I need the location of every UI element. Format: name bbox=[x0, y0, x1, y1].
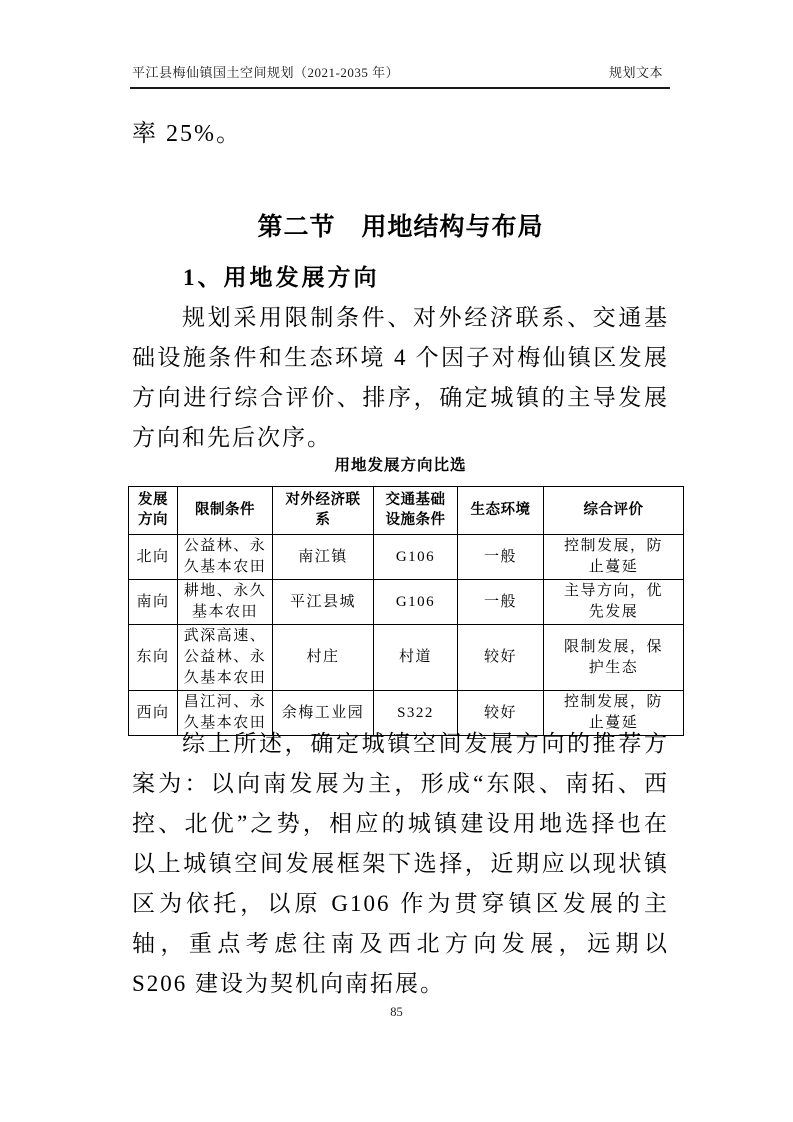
table-cell: G106 bbox=[374, 535, 458, 580]
header-right-label: 规划文本 bbox=[609, 62, 663, 81]
table-cell: 主导方向，优 先发展 bbox=[544, 580, 684, 625]
table-cell: 一般 bbox=[458, 535, 544, 580]
subsection-title: 1、用地发展方向 bbox=[183, 259, 380, 292]
column-header-direction: 发展 方向 bbox=[129, 487, 178, 535]
table-cell: 北向 bbox=[129, 535, 178, 580]
table-cell: 村道 bbox=[374, 625, 458, 691]
direction-comparison-table: 发展 方向 限制条件 对外经济联 系 交通基础 设施条件 生态环境 综合评价 北… bbox=[128, 486, 684, 736]
column-header-transport: 交通基础 设施条件 bbox=[374, 487, 458, 535]
table-cell: 耕地、永久 基本农田 bbox=[178, 580, 273, 625]
table-row-north: 北向 公益林、永 久基本农田 南江镇 G106 一般 控制发展，防 止蔓延 bbox=[129, 535, 684, 580]
column-header-economic-links: 对外经济联 系 bbox=[273, 487, 374, 535]
column-header-ecology: 生态环境 bbox=[458, 487, 544, 535]
table-header-row: 发展 方向 限制条件 对外经济联 系 交通基础 设施条件 生态环境 综合评价 bbox=[129, 487, 684, 535]
section-title: 第二节 用地结构与布局 bbox=[132, 207, 669, 243]
table-cell: G106 bbox=[374, 580, 458, 625]
page-number: 85 bbox=[0, 1005, 793, 1020]
table-cell: 公益林、永 久基本农田 bbox=[178, 535, 273, 580]
table-cell: 武深高速、 公益林、永 久基本农田 bbox=[178, 625, 273, 691]
header-rule bbox=[130, 87, 670, 89]
table-cell: 南向 bbox=[129, 580, 178, 625]
document-page: 平江县梅仙镇国土空间规划（2021-2035 年） 规划文本 率 25%。 第二… bbox=[0, 0, 793, 1122]
table-row-east: 东向 武深高速、 公益林、永 久基本农田 村庄 村道 较好 限制发展，保 护生态 bbox=[129, 625, 684, 691]
table-cell: 一般 bbox=[458, 580, 544, 625]
page-header: 平江县梅仙镇国土空间规划（2021-2035 年） 规划文本 bbox=[132, 62, 663, 81]
table-cell: 东向 bbox=[129, 625, 178, 691]
table-row-south: 南向 耕地、永久 基本农田 平江县城 G106 一般 主导方向，优 先发展 bbox=[129, 580, 684, 625]
column-header-evaluation: 综合评价 bbox=[544, 487, 684, 535]
table-cell: 平江县城 bbox=[273, 580, 374, 625]
table-cell: 控制发展，防 止蔓延 bbox=[544, 535, 684, 580]
table-cell: 村庄 bbox=[273, 625, 374, 691]
table-cell: 南江镇 bbox=[273, 535, 374, 580]
carryover-line: 率 25%。 bbox=[132, 113, 242, 148]
column-header-restrictions: 限制条件 bbox=[178, 487, 273, 535]
table-cell: 较好 bbox=[458, 625, 544, 691]
paragraph-method: 规划采用限制条件、对外经济联系、交通基础设施条件和生态环境 4 个因子对梅仙镇区… bbox=[132, 298, 669, 458]
table-cell: 限制发展，保 护生态 bbox=[544, 625, 684, 691]
paragraph-conclusion: 综上所述，确定城镇空间发展方向的推荐方案为：以向南发展为主，形成“东限、南拓、西… bbox=[132, 724, 669, 1004]
header-left-title: 平江县梅仙镇国土空间规划（2021-2035 年） bbox=[132, 62, 399, 81]
table-title: 用地发展方向比选 bbox=[132, 453, 669, 475]
